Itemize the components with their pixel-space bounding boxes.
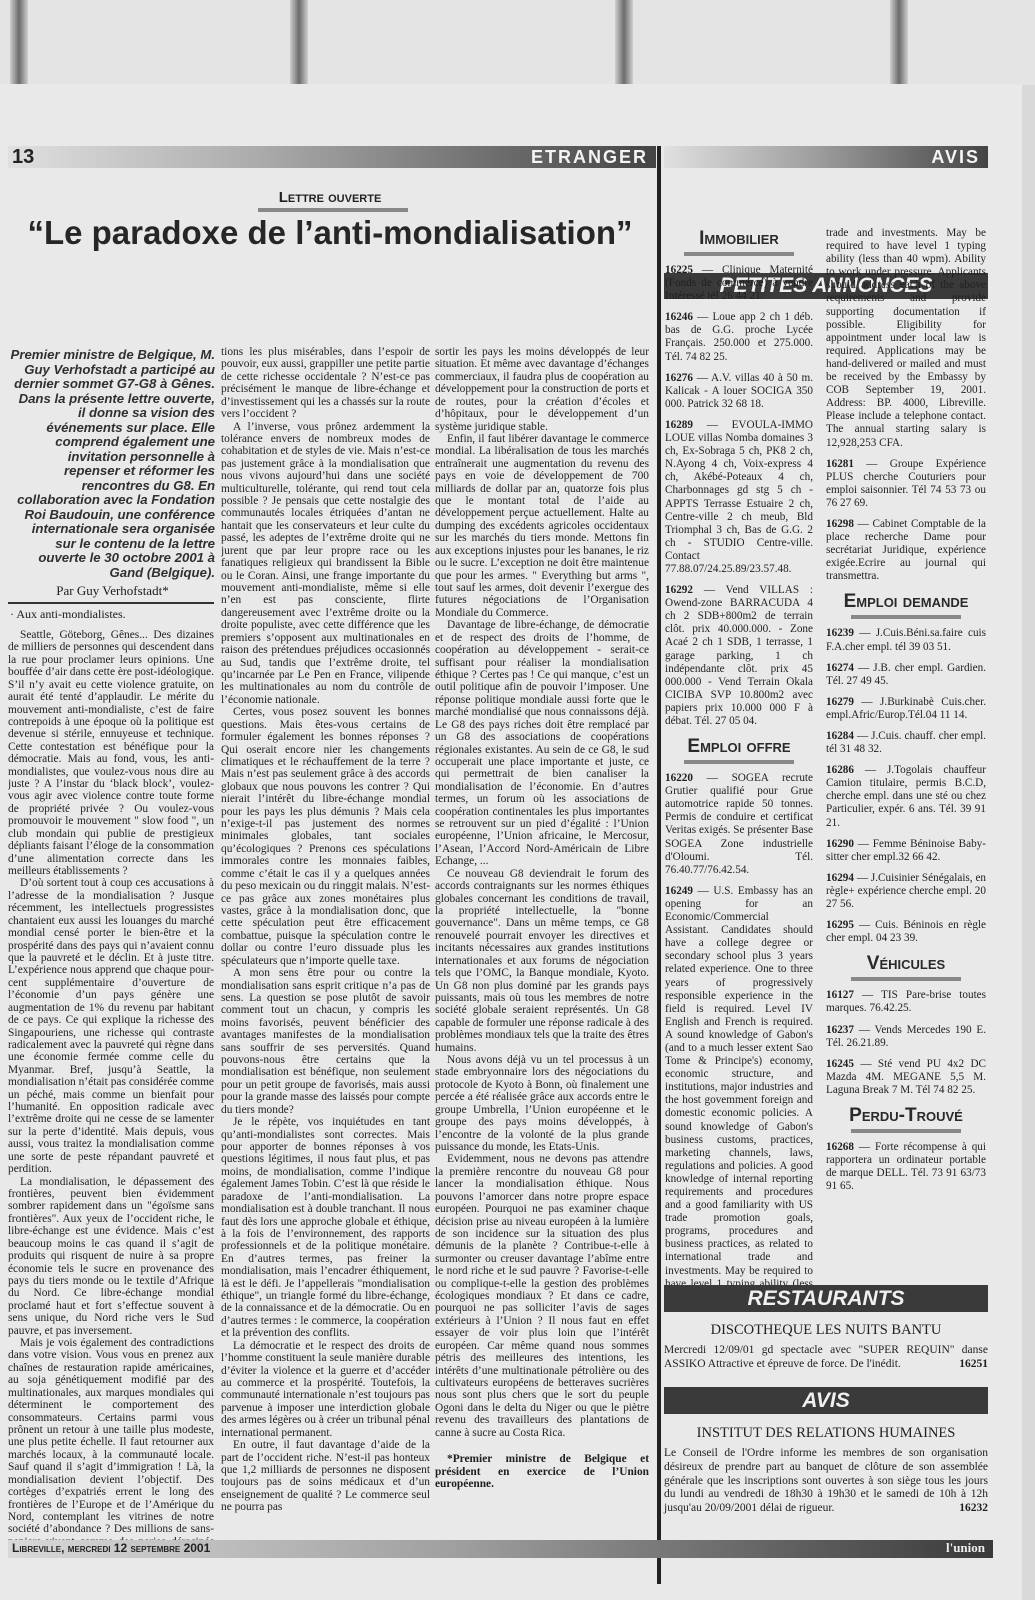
section-title-avis: AVIS	[931, 147, 980, 168]
classified-ad: 16292 — Vend VILLAS : Owend-zone BARRACU…	[665, 584, 813, 728]
scan-shadow-bar	[290, 0, 308, 85]
paragraph: Evidemment, nous ne devons pas attendre …	[435, 1153, 649, 1439]
scan-shadow-bar	[890, 0, 908, 85]
ad-ref: 16294	[826, 872, 854, 884]
ad-ref: 16281	[826, 458, 854, 470]
classified-ad: 16237 — Vends Mercedes 190 E. Tél. 26.21…	[826, 1024, 986, 1050]
rubric-emploi-demande: Emploi demande	[826, 591, 986, 613]
scan-shadow-bar	[615, 0, 633, 85]
ad-ref: 16289	[665, 419, 693, 431]
classified-ad: 16295 — Cuis. Béninois en règle cher emp…	[826, 919, 986, 945]
section-header-left: 13 ETRANGER	[8, 146, 656, 168]
ad-ref: 16284	[826, 730, 854, 742]
rubric-rule	[684, 252, 794, 256]
rubric-rule	[851, 615, 961, 619]
newspaper-brand: l'union	[946, 1540, 985, 1556]
rubric-vehicules: Véhicules	[826, 953, 986, 975]
section-title-etranger: ETRANGER	[531, 147, 648, 168]
ad-ref: 16220	[665, 772, 693, 784]
paragraph: Je le répète, vos inquiétudes en tant qu…	[221, 1116, 430, 1340]
classified-ad: 16246 — Loue app 2 ch 1 déb. bas de G.G.…	[665, 311, 813, 363]
classified-ad: 16284 — J.Cuis. chauff. cher empl. tél 3…	[826, 730, 986, 756]
article-byline: Par Guy Verhofstadt*	[10, 583, 215, 599]
rubric-rule	[851, 1129, 961, 1133]
section-header-right: AVIS	[664, 146, 988, 168]
ad-text: Mercredi 12/09/01 gd spectacle avec "SUP…	[664, 1344, 988, 1370]
article-kicker: Lettre ouverte	[250, 189, 410, 206]
ad-ref: 16232	[959, 1502, 988, 1516]
page-footer: Libreville, mercredi 12 septembre 2001 l…	[8, 1540, 993, 1558]
paragraph: Mais je vois également des contradiction…	[8, 1337, 214, 1561]
paragraph: D’où sortent tout à coup ces accusations…	[8, 877, 214, 1175]
paragraph: Certes, vous posez souvent les bonnes qu…	[221, 706, 430, 967]
paragraph: Seattle, Göteborg, Gênes... Des dizaines…	[8, 629, 214, 877]
author-footnote: *Premier ministre de Belgique et préside…	[435, 1453, 649, 1490]
ad-text: — Vend VILLAS : Owend-zone BARRACUDA 4 c…	[665, 584, 813, 727]
rubric-perdu-trouve: Perdu-Trouvé	[826, 1105, 986, 1127]
ad-ref: 16286	[826, 764, 854, 776]
ad-ref: 16276	[665, 372, 693, 384]
article-column-3: sortir les pays les moins développés de …	[435, 346, 649, 1579]
ad-ref: 16298	[826, 518, 854, 530]
paragraph: sortir les pays les moins développés de …	[435, 346, 649, 433]
classified-ad: 16276 — A.V. villas 40 à 50 m. Kalicak -…	[665, 372, 813, 411]
classified-ad: 16268 — Forte récompense à qui rapporter…	[826, 1141, 986, 1193]
paragraph: Davantage de libre-échange, de démocrati…	[435, 619, 649, 867]
ad-ref: 16127	[826, 989, 854, 1001]
ad-ref: 16239	[826, 627, 854, 639]
classified-ad: 16220 — SOGEA recrute Grutier qualifié p…	[665, 772, 813, 877]
restaurant-ad-title: DISCOTHEQUE LES NUITS BANTU	[664, 1322, 988, 1339]
ad-ref: 16279	[826, 696, 854, 708]
classifieds-column-2: trade and investments. May be required t…	[826, 227, 986, 1201]
byline-rule	[8, 602, 214, 604]
paragraph: A mon sens être pour ou contre la mondia…	[221, 967, 430, 1116]
scan-margin	[0, 0, 1035, 85]
article-standfirst: Premier ministre de Belgique, M. Guy Ver…	[10, 348, 215, 580]
classified-ad: 16294 — J.Cuisinier Sénégalais, en règle…	[826, 872, 986, 911]
article-column-1: Seattle, Göteborg, Gênes... Des dizaines…	[8, 629, 214, 1579]
ad-ref: 16237	[826, 1024, 854, 1036]
paragraph: La mondialisation, le dépassement des fr…	[8, 1176, 214, 1337]
rubric-rule	[684, 760, 794, 764]
classified-ad: 16245 — Sté vend PU 4x2 DC Mazda 4M. MEG…	[826, 1058, 986, 1097]
dateline: Libreville, mercredi 12 septembre 2001	[12, 1541, 210, 1555]
paragraph: La démocratie et le respect des droits d…	[221, 1340, 430, 1439]
classified-ad: 16281 — Groupe Expérience PLUS cherche C…	[826, 458, 986, 510]
scan-shadow-bar	[10, 0, 28, 85]
classified-ad: 16279 — J.Burkinabè Cuis.cher. empl.Afri…	[826, 696, 986, 722]
classified-ad: 16225 — Clinique Maternité (Fonds de com…	[665, 264, 813, 303]
article-headline: “Le paradoxe de l’anti-mondialisation”	[10, 214, 650, 252]
column-divider	[657, 146, 661, 1584]
rubric-immobilier: Immobilier	[665, 228, 813, 250]
classifieds-column-1: Immobilier 16225 — Clinique Maternité (F…	[665, 222, 813, 1305]
classified-ad: 16239 — J.Cuis.Béni.sa.faire cuis F.A.ch…	[826, 627, 986, 653]
ad-ref: 16274	[826, 662, 854, 674]
paragraph: Ce nouveau G8 deviendrait le forum des a…	[435, 868, 649, 1054]
classified-ad: 16127 — TIS Pare-brise toutes marques. 7…	[826, 989, 986, 1015]
restaurants-banner: RESTAURANTS	[664, 1285, 988, 1312]
article-salutation: · Aux anti-mondialistes.	[10, 607, 215, 622]
classified-ad-continued: trade and investments. May be required t…	[826, 227, 986, 450]
ad-ref: 16268	[826, 1141, 854, 1153]
classified-ad: 16298 — Cabinet Comptable de la place re…	[826, 518, 986, 583]
avis-banner: AVIS	[664, 1387, 988, 1414]
paragraph: Nous avons déjà vu un tel processus à un…	[435, 1054, 649, 1153]
ad-ref: 16295	[826, 919, 854, 931]
ad-ref: 16251	[959, 1358, 988, 1372]
ad-text: — U.S. Embassy has an opening for an Eco…	[665, 885, 813, 1297]
paragraph: A l’inverse, vous prônez ardemment la to…	[221, 421, 430, 707]
classified-ad: 16249 — U.S. Embassy has an opening for …	[665, 885, 813, 1297]
ad-text: — SOGEA recrute Grutier qualifié pour Gr…	[665, 772, 813, 876]
ad-text: Le Conseil de l'Ordre informe les membre…	[664, 1447, 988, 1514]
classified-ad: 16289 — EVOULA-IMMO LOUE villas Nomba do…	[665, 419, 813, 576]
paragraph: Enfin, il faut libérer davantage le comm…	[435, 433, 649, 619]
ad-ref: 16225	[665, 264, 693, 276]
ad-ref: 16245	[826, 1058, 854, 1070]
paragraph: En outre, il faut davantage d’aide de la…	[221, 1439, 430, 1514]
classified-ad: 16290 — Femme Béninoise Baby-sitter cher…	[826, 838, 986, 864]
ad-ref: 16246	[665, 311, 693, 323]
page-number: 13	[12, 146, 34, 169]
ad-ref: 16249	[665, 885, 693, 897]
paragraph: tions les plus misérables, dans l’espoir…	[221, 346, 430, 421]
ad-ref: 16290	[826, 838, 854, 850]
rubric-emploi-offre: Emploi offre	[665, 736, 813, 758]
article-column-2: tions les plus misérables, dans l’espoir…	[221, 346, 430, 1579]
avis-ad-title: INSTITUT DES RELATIONS HUMAINES	[664, 1425, 988, 1442]
avis-ad-body: Le Conseil de l'Ordre informe les membre…	[664, 1447, 988, 1516]
classified-ad: 16274 — J.B. cher empl. Gardien. Tél. 27…	[826, 662, 986, 688]
newspaper-page: 13 ETRANGER AVIS Lettre ouverte “Le para…	[0, 84, 1022, 1600]
kicker-underline	[258, 208, 408, 212]
rubric-rule	[851, 977, 961, 981]
ad-text: — EVOULA-IMMO LOUE villas Nomba domaines…	[665, 419, 813, 575]
ad-ref: 16292	[665, 584, 693, 596]
restaurant-ad-body: Mercredi 12/09/01 gd spectacle avec "SUP…	[664, 1344, 988, 1372]
classified-ad: 16286 — J.Togolais chauffeur Camion titu…	[826, 764, 986, 829]
